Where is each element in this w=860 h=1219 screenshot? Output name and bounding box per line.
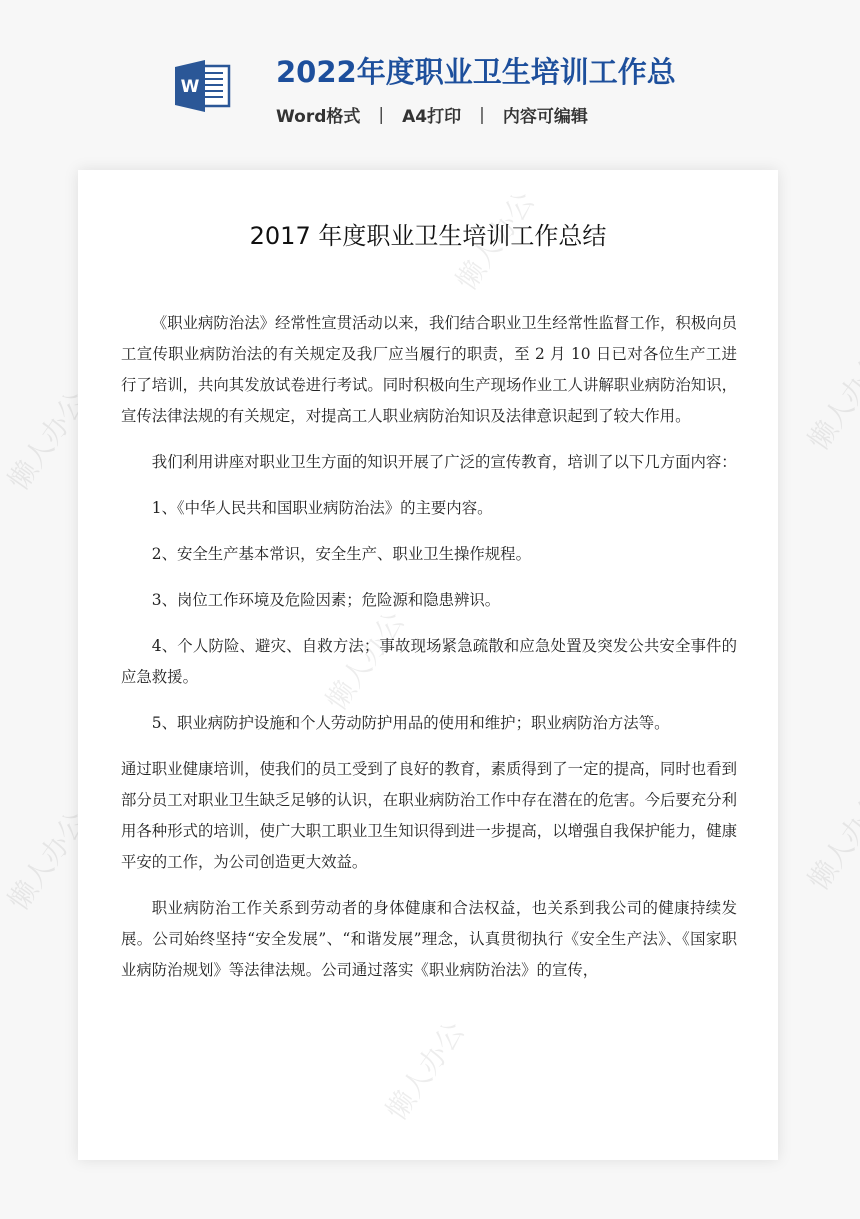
header: W 2022年度职业卫生培训工作总 Word格式 | A4打印 | 内容可编辑 — [0, 0, 860, 160]
watermark: 懒人办公 — [798, 343, 860, 458]
separator: | — [479, 105, 485, 125]
list-item: 5、职业病防护设施和个人劳动防护用品的使用和维护；职业病防治方法等。 — [121, 708, 737, 739]
feature-editable: 内容可编辑 — [503, 102, 588, 127]
feature-list: Word格式 | A4打印 | 内容可编辑 — [276, 102, 588, 127]
document-title: 2017 年度职业卫生培训工作总结 — [78, 216, 778, 251]
list-item: 4、个人防险、避灾、自救方法；事故现场紧急疏散和应急处置及突发公共安全事件的应急… — [121, 631, 737, 693]
list-item: 1、《中华人民共和国职业病防治法》的主要内容。 — [121, 493, 737, 524]
paragraph: 我们利用讲座对职业卫生方面的知识开展了广泛的宣传教育，培训了以下几方面内容： — [121, 447, 737, 478]
feature-word-format: Word格式 — [276, 102, 360, 127]
paragraph: 通过职业健康培训，使我们的员工受到了良好的教育，素质得到了一定的提高，同时也看到… — [121, 754, 737, 878]
list-item: 2、安全生产基本常识，安全生产、职业卫生操作规程。 — [121, 539, 737, 570]
watermark: 懒人办公 — [376, 1013, 473, 1128]
document-body: 《职业病防治法》经常性宣贯活动以来，我们结合职业卫生经常性监督工作，积极向员工宣… — [121, 308, 737, 1001]
list-item: 3、岗位工作环境及危险因素；危险源和隐患辨识。 — [121, 585, 737, 616]
header-title: 2022年度职业卫生培训工作总 — [276, 50, 676, 91]
document-page: 懒人办公 懒人办公 懒人办公 2017 年度职业卫生培训工作总结 《职业病防治法… — [78, 170, 778, 1160]
word-document-icon: W — [175, 60, 231, 112]
svg-text:W: W — [181, 77, 200, 97]
paragraph: 职业病防治工作关系到劳动者的身体健康和合法权益，也关系到我公司的健康持续发展。公… — [121, 893, 737, 986]
separator: | — [378, 105, 384, 125]
paragraph: 《职业病防治法》经常性宣贯活动以来，我们结合职业卫生经常性监督工作，积极向员工宣… — [121, 308, 737, 432]
feature-a4-print: A4打印 — [402, 102, 461, 127]
watermark: 懒人办公 — [798, 783, 860, 898]
